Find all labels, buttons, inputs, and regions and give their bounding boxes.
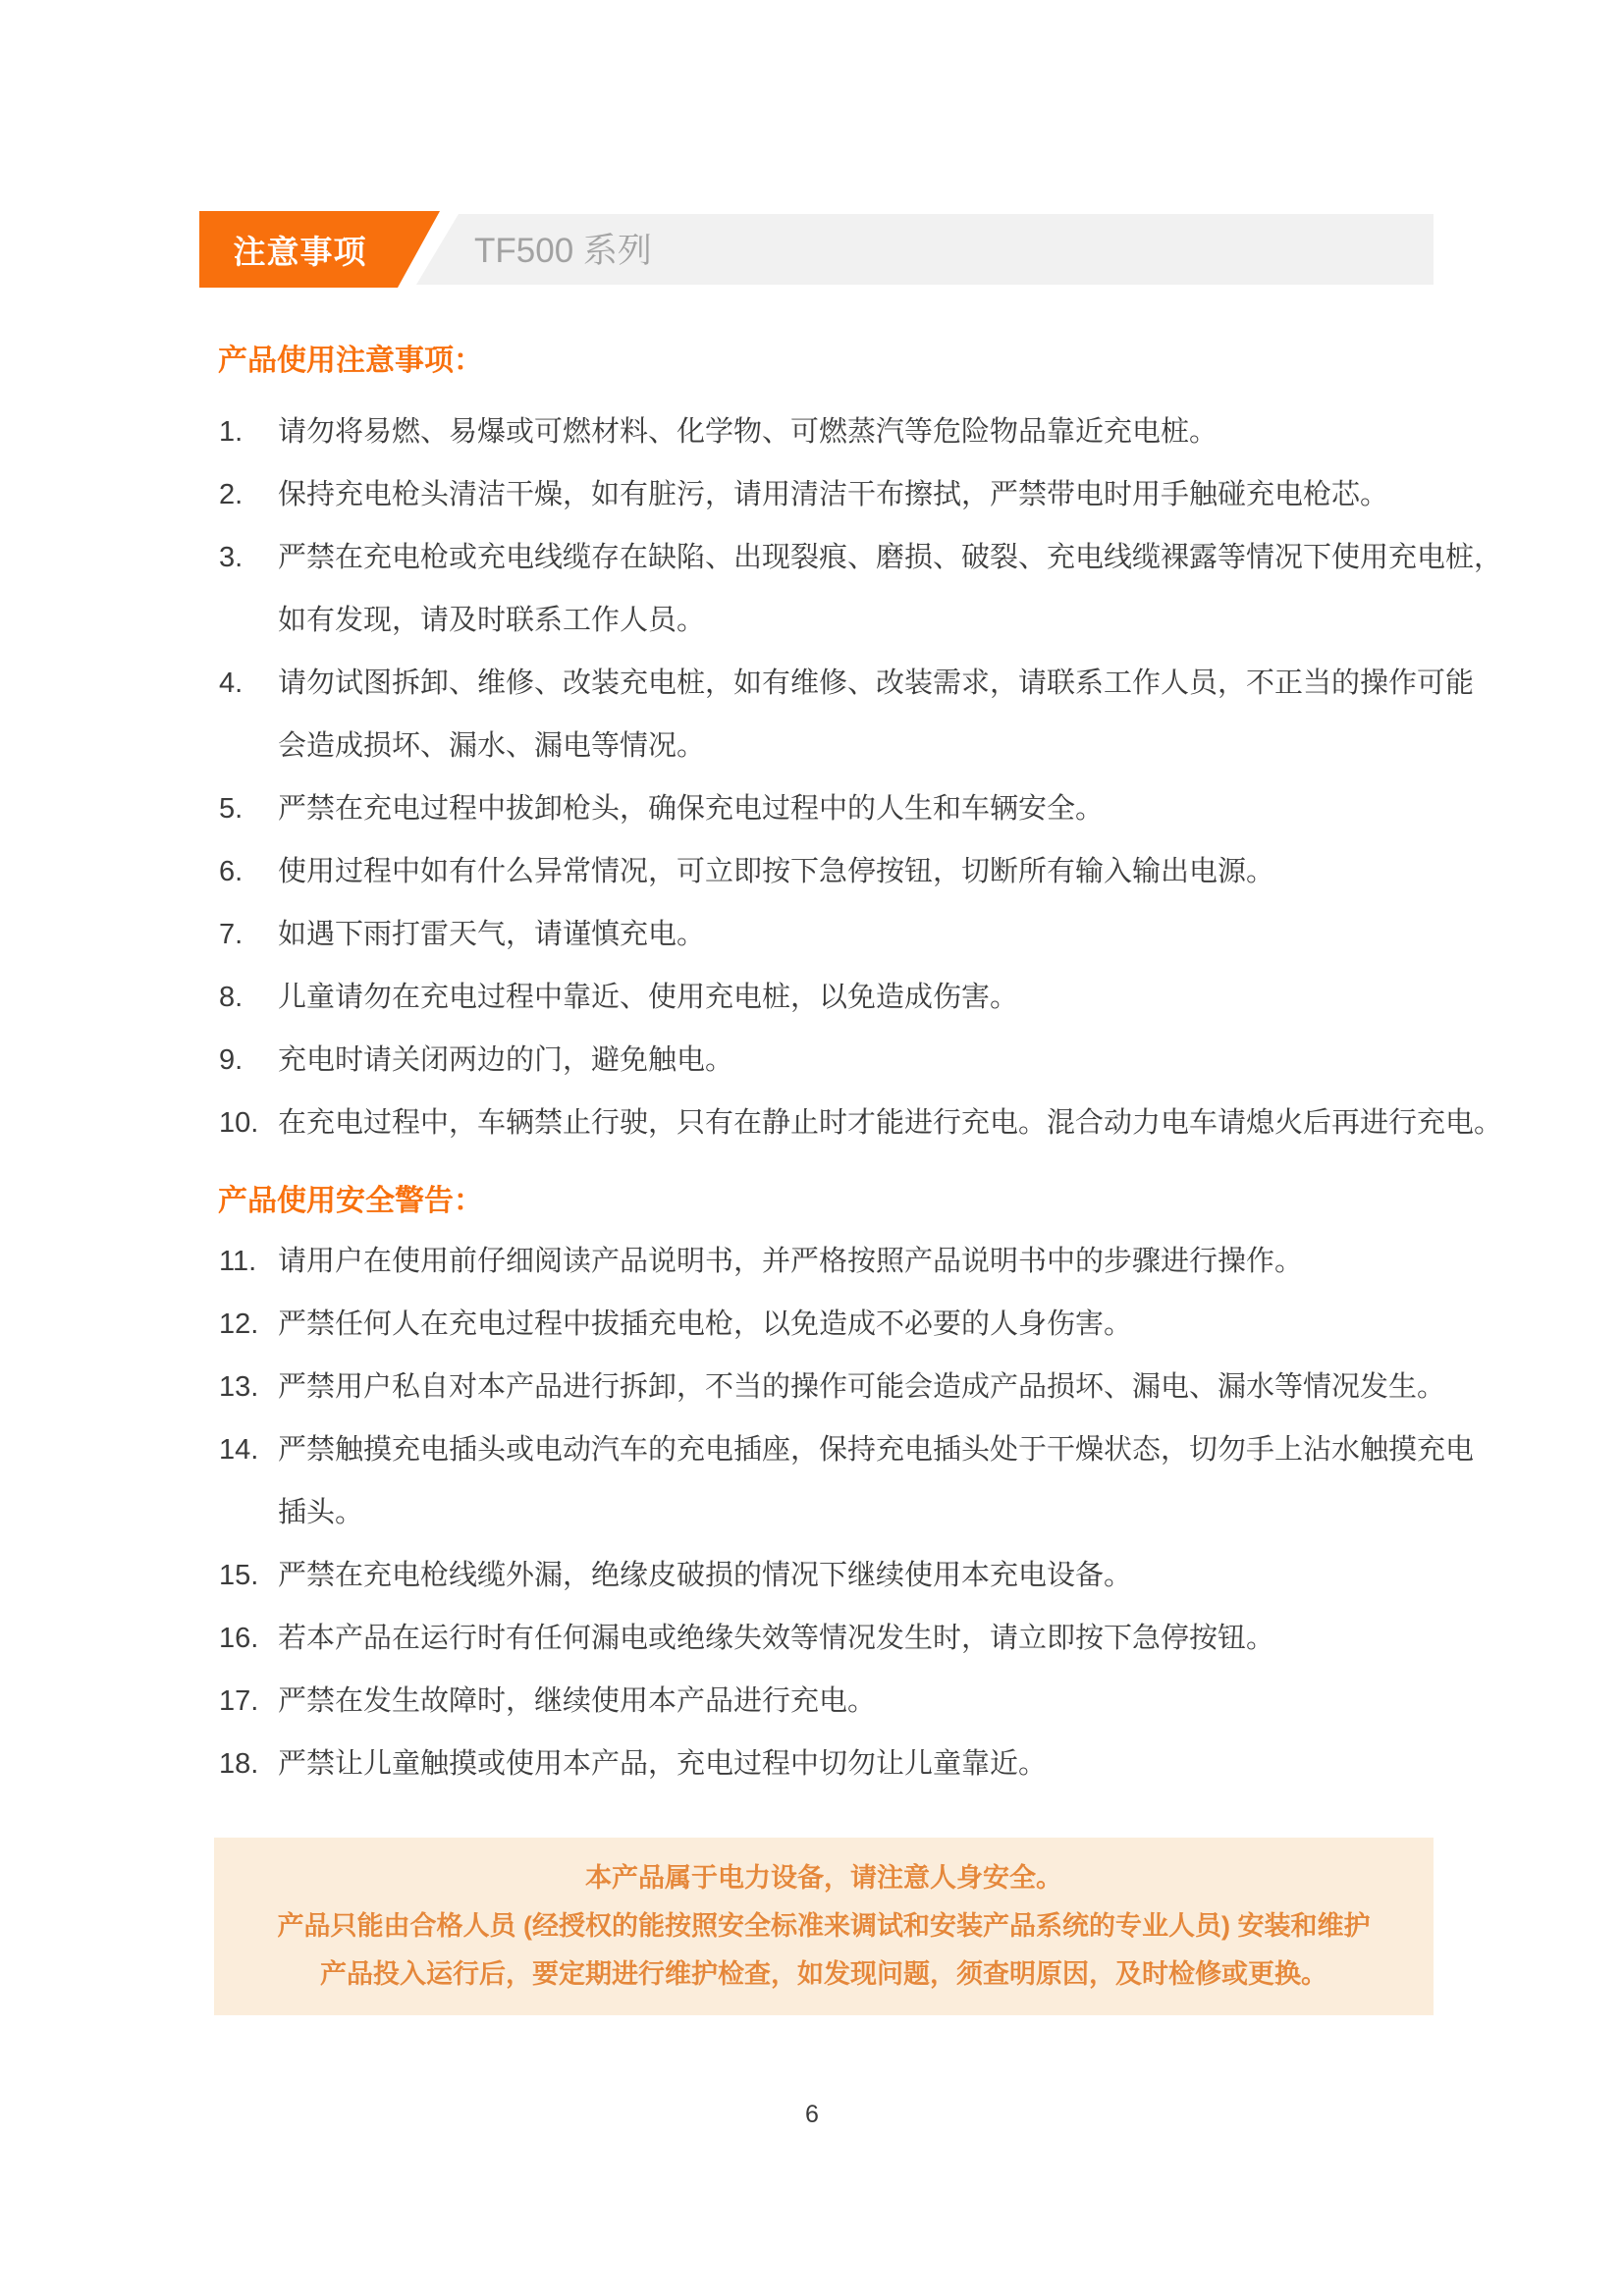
safety-notice-box: 本产品属于电力设备，请注意人身安全。 产品只能由合格人员 (经授权的能按照安全标… [214, 1838, 1434, 2015]
list-item-line: 请勿试图拆卸、维修、改装充电桩，如有维修、改装需求，请联系工作人员，不正当的操作… [278, 652, 1446, 715]
list-item-text: 严禁让儿童触摸或使用本产品，充电过程中切勿让儿童靠近。 [278, 1733, 1446, 1795]
list-item: 8. 儿童请勿在充电过程中靠近、使用充电桩，以免造成伤害。 [219, 966, 1446, 1029]
list-item-number: 2. [219, 463, 278, 526]
page-number: 6 [0, 2101, 1624, 2129]
list-item-text: 保持充电枪头清洁干燥，如有脏污，请用清洁干布擦拭，严禁带电时用手触碰充电枪芯。 [278, 463, 1446, 526]
list-item-line: 如遇下雨打雷天气，请谨慎充电。 [278, 903, 1446, 966]
list-item: 9. 充电时请关闭两边的门，避免触电。 [219, 1029, 1446, 1092]
list-item-number: 13. [219, 1356, 278, 1418]
list-item-text: 请用户在使用前仔细阅读产品说明书，并严格按照产品说明书中的步骤进行操作。 [278, 1230, 1446, 1293]
manual-page: 注意事项 TF500 系列 产品使用注意事项： 1. 请勿将易燃、易爆或可燃材料… [0, 0, 1624, 2296]
list-item: 11. 请用户在使用前仔细阅读产品说明书，并严格按照产品说明书中的步骤进行操作。 [219, 1230, 1446, 1293]
warning-list: 11. 请用户在使用前仔细阅读产品说明书，并严格按照产品说明书中的步骤进行操作。… [219, 1230, 1446, 1795]
list-item-number: 11. [219, 1230, 278, 1293]
list-item-line: 严禁任何人在充电过程中拔插充电枪，以免造成不必要的人身伤害。 [278, 1293, 1446, 1356]
header-banner: 注意事项 TF500 系列 [199, 211, 1434, 288]
list-item: 3. 严禁在充电枪或充电线缆存在缺陷、出现裂痕、磨损、破裂、充电线缆裸露等情况下… [219, 526, 1446, 652]
list-item: 7. 如遇下雨打雷天气，请谨慎充电。 [219, 903, 1446, 966]
list-item-number: 10. [219, 1092, 278, 1154]
list-item-text: 严禁在充电枪或充电线缆存在缺陷、出现裂痕、磨损、破裂、充电线缆裸露等情况下使用充… [278, 526, 1446, 652]
list-item-line: 严禁在充电过程中拔卸枪头，确保充电过程中的人生和车辆安全。 [278, 777, 1446, 840]
list-item-text: 充电时请关闭两边的门，避免触电。 [278, 1029, 1446, 1092]
list-item-text: 若本产品在运行时有任何漏电或绝缘失效等情况发生时，请立即按下急停按钮。 [278, 1607, 1446, 1670]
list-item: 17. 严禁在发生故障时，继续使用本产品进行充电。 [219, 1670, 1446, 1733]
list-item-line: 会造成损坏、漏水、漏电等情况。 [278, 715, 1446, 777]
section-heading-notice: 产品使用注意事项： [218, 344, 483, 379]
list-item: 10. 在充电过程中，车辆禁止行驶，只有在静止时才能进行充电。混合动力电车请熄火… [219, 1092, 1446, 1154]
list-item-number: 6. [219, 840, 278, 903]
list-item-number: 15. [219, 1544, 278, 1607]
list-item-text: 如遇下雨打雷天气，请谨慎充电。 [278, 903, 1446, 966]
list-item: 6. 使用过程中如有什么异常情况，可立即按下急停按钮，切断所有输入输出电源。 [219, 840, 1446, 903]
list-item-text: 严禁触摸充电插头或电动汽车的充电插座，保持充电插头处于干燥状态，切勿手上沾水触摸… [278, 1418, 1446, 1544]
notice-box-line: 本产品属于电力设备，请注意人身安全。 [214, 1854, 1434, 1902]
notice-tab-label: 注意事项 [199, 227, 401, 273]
list-item-text: 使用过程中如有什么异常情况，可立即按下急停按钮，切断所有输入输出电源。 [278, 840, 1446, 903]
list-item-number: 3. [219, 526, 278, 652]
series-title: TF500 系列 [474, 211, 652, 285]
list-item-number: 7. [219, 903, 278, 966]
list-item-number: 1. [219, 400, 278, 463]
notice-box-line: 产品只能由合格人员 (经授权的能按照安全标准来调试和安装产品系统的专业人员) 安… [214, 1902, 1434, 1950]
list-item-line: 充电时请关闭两边的门，避免触电。 [278, 1029, 1446, 1092]
list-item-line: 若本产品在运行时有任何漏电或绝缘失效等情况发生时，请立即按下急停按钮。 [278, 1607, 1446, 1670]
list-item-number: 5. [219, 777, 278, 840]
list-item-line: 严禁用户私自对本产品进行拆卸，不当的操作可能会造成产品损坏、漏电、漏水等情况发生… [278, 1356, 1446, 1418]
list-item-number: 8. [219, 966, 278, 1029]
list-item-number: 4. [219, 652, 278, 777]
list-item-line: 儿童请勿在充电过程中靠近、使用充电桩，以免造成伤害。 [278, 966, 1446, 1029]
list-item-line: 请用户在使用前仔细阅读产品说明书，并严格按照产品说明书中的步骤进行操作。 [278, 1230, 1446, 1293]
list-item-line: 保持充电枪头清洁干燥，如有脏污，请用清洁干布擦拭，严禁带电时用手触碰充电枪芯。 [278, 463, 1446, 526]
notice-box-line: 产品投入运行后，要定期进行维护检查，如发现问题，须查明原因，及时检修或更换。 [214, 1950, 1434, 1999]
list-item-text: 严禁在充电过程中拔卸枪头，确保充电过程中的人生和车辆安全。 [278, 777, 1446, 840]
header-notice-tab: 注意事项 [199, 211, 440, 288]
list-item-number: 9. [219, 1029, 278, 1092]
list-item-line: 严禁在充电枪线缆外漏，绝缘皮破损的情况下继续使用本充电设备。 [278, 1544, 1446, 1607]
list-item-line: 严禁在充电枪或充电线缆存在缺陷、出现裂痕、磨损、破裂、充电线缆裸露等情况下使用充… [278, 526, 1446, 589]
list-item: 18. 严禁让儿童触摸或使用本产品，充电过程中切勿让儿童靠近。 [219, 1733, 1446, 1795]
list-item: 16. 若本产品在运行时有任何漏电或绝缘失效等情况发生时，请立即按下急停按钮。 [219, 1607, 1446, 1670]
notice-list: 1. 请勿将易燃、易爆或可燃材料、化学物、可燃蒸汽等危险物品靠近充电桩。 2. … [219, 400, 1446, 1154]
list-item-line: 如有发现，请及时联系工作人员。 [278, 589, 1446, 652]
section-heading-warning: 产品使用安全警告： [218, 1184, 483, 1219]
list-item-number: 18. [219, 1733, 278, 1795]
list-item-text: 在充电过程中，车辆禁止行驶，只有在静止时才能进行充电。混合动力电车请熄火后再进行… [278, 1092, 1446, 1154]
list-item: 14. 严禁触摸充电插头或电动汽车的充电插座，保持充电插头处于干燥状态，切勿手上… [219, 1418, 1446, 1544]
list-item: 5. 严禁在充电过程中拔卸枪头，确保充电过程中的人生和车辆安全。 [219, 777, 1446, 840]
list-item-text: 严禁任何人在充电过程中拔插充电枪，以免造成不必要的人身伤害。 [278, 1293, 1446, 1356]
list-item: 12. 严禁任何人在充电过程中拔插充电枪，以免造成不必要的人身伤害。 [219, 1293, 1446, 1356]
list-item-line: 严禁在发生故障时，继续使用本产品进行充电。 [278, 1670, 1446, 1733]
list-item-line: 请勿将易燃、易爆或可燃材料、化学物、可燃蒸汽等危险物品靠近充电桩。 [278, 400, 1446, 463]
list-item-number: 12. [219, 1293, 278, 1356]
list-item-text: 儿童请勿在充电过程中靠近、使用充电桩，以免造成伤害。 [278, 966, 1446, 1029]
list-item-line: 使用过程中如有什么异常情况，可立即按下急停按钮，切断所有输入输出电源。 [278, 840, 1446, 903]
list-item-number: 17. [219, 1670, 278, 1733]
list-item-line: 严禁触摸充电插头或电动汽车的充电插座，保持充电插头处于干燥状态，切勿手上沾水触摸… [278, 1418, 1446, 1481]
list-item-line: 在充电过程中，车辆禁止行驶，只有在静止时才能进行充电。混合动力电车请熄火后再进行… [278, 1092, 1446, 1154]
list-item-number: 14. [219, 1418, 278, 1544]
list-item-text: 请勿试图拆卸、维修、改装充电桩，如有维修、改装需求，请联系工作人员，不正当的操作… [278, 652, 1446, 777]
list-item: 15. 严禁在充电枪线缆外漏，绝缘皮破损的情况下继续使用本充电设备。 [219, 1544, 1446, 1607]
list-item-number: 16. [219, 1607, 278, 1670]
list-item-text: 请勿将易燃、易爆或可燃材料、化学物、可燃蒸汽等危险物品靠近充电桩。 [278, 400, 1446, 463]
list-item-line: 严禁让儿童触摸或使用本产品，充电过程中切勿让儿童靠近。 [278, 1733, 1446, 1795]
list-item: 1. 请勿将易燃、易爆或可燃材料、化学物、可燃蒸汽等危险物品靠近充电桩。 [219, 400, 1446, 463]
list-item-text: 严禁在发生故障时，继续使用本产品进行充电。 [278, 1670, 1446, 1733]
list-item: 4. 请勿试图拆卸、维修、改装充电桩，如有维修、改装需求，请联系工作人员，不正当… [219, 652, 1446, 777]
list-item: 2. 保持充电枪头清洁干燥，如有脏污，请用清洁干布擦拭，严禁带电时用手触碰充电枪… [219, 463, 1446, 526]
list-item: 13. 严禁用户私自对本产品进行拆卸，不当的操作可能会造成产品损坏、漏电、漏水等… [219, 1356, 1446, 1418]
list-item-line: 插头。 [278, 1481, 1446, 1544]
list-item-text: 严禁在充电枪线缆外漏，绝缘皮破损的情况下继续使用本充电设备。 [278, 1544, 1446, 1607]
list-item-text: 严禁用户私自对本产品进行拆卸，不当的操作可能会造成产品损坏、漏电、漏水等情况发生… [278, 1356, 1446, 1418]
